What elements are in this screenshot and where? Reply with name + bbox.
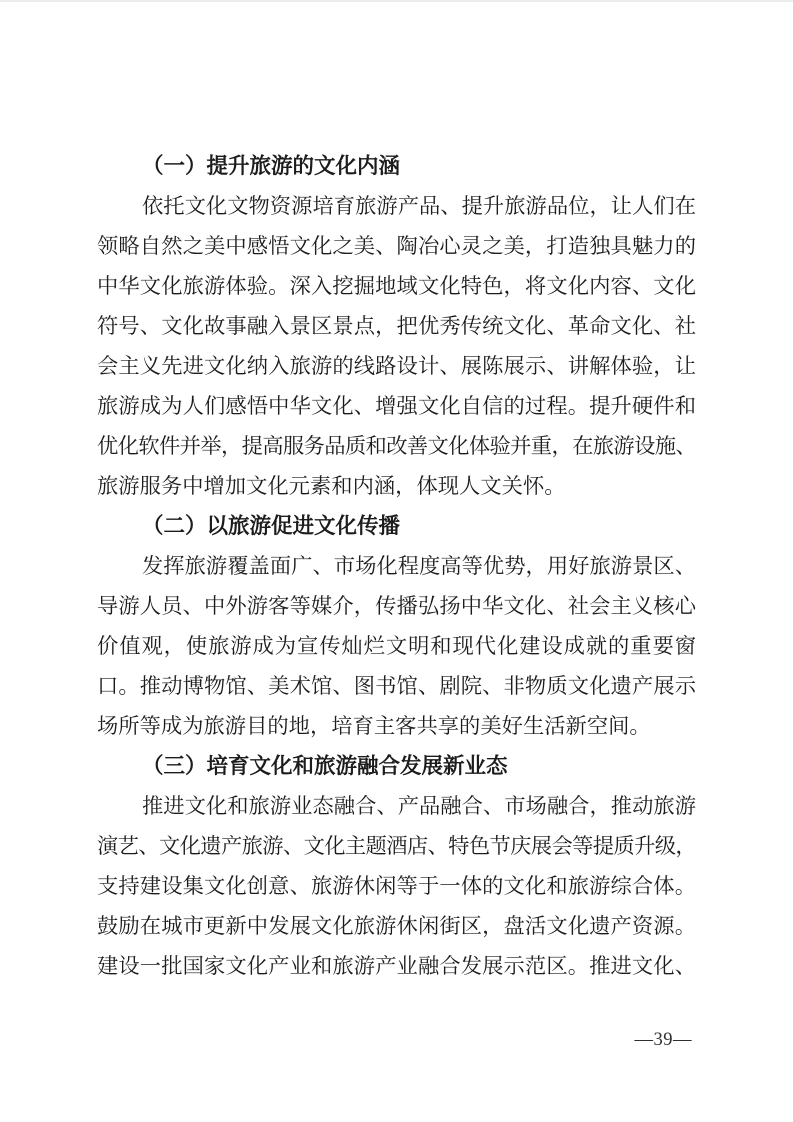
text-line: 优化软件并举，提高服务品质和改善文化体验并重，在旅游设施、 <box>97 426 696 466</box>
document-page: （一）提升旅游的文化内涵依托文化文物资源培育旅游产品、提升旅游品位，让人们在领略… <box>0 0 793 1122</box>
text-line: 建设一批国家文化产业和旅游产业融合发展示范区。推进文化、 <box>97 946 696 986</box>
section-heading: （二）以旅游促进文化传播 <box>97 506 696 546</box>
text-line: 导游人员、中外游客等媒介，传播弘扬中华文化、社会主义核心 <box>97 586 696 626</box>
text-line: 领略自然之美中感悟文化之美、陶冶心灵之美，打造独具魅力的 <box>97 226 696 266</box>
text-line: 旅游服务中增加文化元素和内涵，体现人文关怀。 <box>97 466 696 506</box>
text-line: 鼓励在城市更新中发展文化旅游休闲街区，盘活文化遗产资源。 <box>97 906 696 946</box>
text-line: 会主义先进文化纳入旅游的线路设计、展陈展示、讲解体验，让 <box>97 346 696 386</box>
text-line: 中华文化旅游体验。深入挖掘地域文化特色，将文化内容、文化 <box>97 266 696 306</box>
page-number: —39— <box>635 1028 693 1052</box>
text-line: 场所等成为旅游目的地，培育主客共享的美好生活新空间。 <box>97 706 696 746</box>
section-heading: （一）提升旅游的文化内涵 <box>97 146 696 186</box>
text-line: 口。推动博物馆、美术馆、图书馆、剧院、非物质文化遗产展示 <box>97 666 696 706</box>
document-body: （一）提升旅游的文化内涵依托文化文物资源培育旅游产品、提升旅游品位，让人们在领略… <box>97 146 696 986</box>
text-line: 演艺、文化遗产旅游、文化主题酒店、特色节庆展会等提质升级， <box>97 826 696 866</box>
text-line: 依托文化文物资源培育旅游产品、提升旅游品位，让人们在 <box>97 186 696 226</box>
text-line: 支持建设集文化创意、旅游休闲等于一体的文化和旅游综合体。 <box>97 866 696 906</box>
scan-edge-artifact <box>0 0 793 2</box>
section-heading: （三）培育文化和旅游融合发展新业态 <box>97 746 696 786</box>
text-line: 价值观，使旅游成为宣传灿烂文明和现代化建设成就的重要窗 <box>97 626 696 666</box>
text-line: 发挥旅游覆盖面广、市场化程度高等优势，用好旅游景区、 <box>97 546 696 586</box>
text-line: 推进文化和旅游业态融合、产品融合、市场融合，推动旅游 <box>97 786 696 826</box>
text-line: 符号、文化故事融入景区景点，把优秀传统文化、革命文化、社 <box>97 306 696 346</box>
text-line: 旅游成为人们感悟中华文化、增强文化自信的过程。提升硬件和 <box>97 386 696 426</box>
